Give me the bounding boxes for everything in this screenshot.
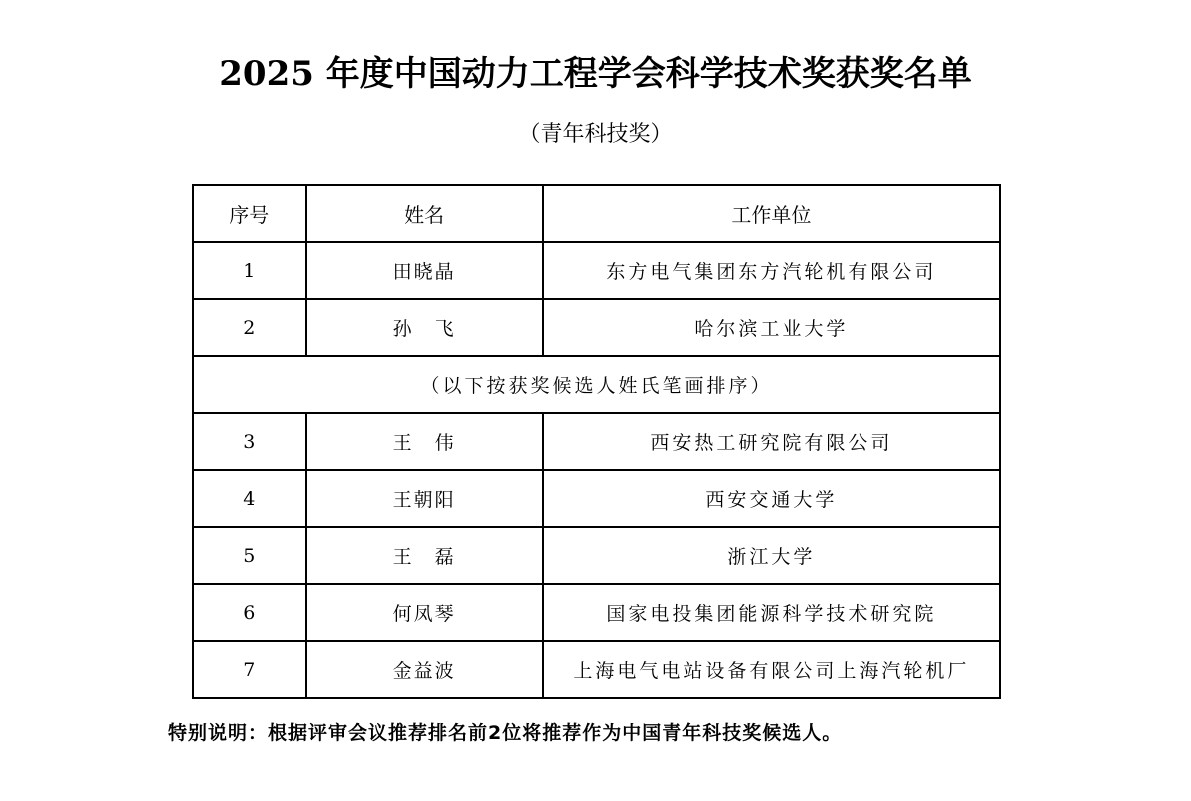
row-no: 6 (193, 584, 306, 641)
table-row: 2 孙 飞 哈尔滨工业大学 (193, 299, 1000, 356)
document-title: 2025 年度中国动力工程学会科学技术奖获奖名单 (0, 46, 1191, 95)
row-name: 金益波 (306, 641, 543, 698)
row-unit: 西安热工研究院有限公司 (543, 413, 1000, 470)
table-header-row: 序号 姓名 工作单位 (193, 185, 1000, 242)
table-note-row: （以下按获奖候选人姓氏笔画排序） (193, 356, 1000, 413)
header-name: 姓名 (306, 185, 543, 242)
row-unit: 浙江大学 (543, 527, 1000, 584)
row-unit: 哈尔滨工业大学 (543, 299, 1000, 356)
row-name: 孙 飞 (306, 299, 543, 356)
row-no: 5 (193, 527, 306, 584)
row-no: 4 (193, 470, 306, 527)
row-unit: 西安交通大学 (543, 470, 1000, 527)
row-no: 2 (193, 299, 306, 356)
header-unit: 工作单位 (543, 185, 1000, 242)
row-no: 1 (193, 242, 306, 299)
row-name: 王 磊 (306, 527, 543, 584)
row-name: 何凤琴 (306, 584, 543, 641)
document-subtitle: （青年科技奖） (0, 117, 1191, 148)
award-table: 序号 姓名 工作单位 1 田晓晶 东方电气集团东方汽轮机有限公司 2 孙 飞 哈… (192, 184, 1001, 699)
row-unit: 东方电气集团东方汽轮机有限公司 (543, 242, 1000, 299)
row-no: 3 (193, 413, 306, 470)
ordering-note: （以下按获奖候选人姓氏笔画排序） (193, 356, 1000, 413)
row-unit: 国家电投集团能源科学技术研究院 (543, 584, 1000, 641)
row-name: 王 伟 (306, 413, 543, 470)
table-row: 7 金益波 上海电气电站设备有限公司上海汽轮机厂 (193, 641, 1000, 698)
table-row: 6 何凤琴 国家电投集团能源科学技术研究院 (193, 584, 1000, 641)
special-note: 特别说明：根据评审会议推荐排名前2位将推荐作为中国青年科技奖候选人。 (168, 718, 842, 745)
row-unit: 上海电气电站设备有限公司上海汽轮机厂 (543, 641, 1000, 698)
table-row: 3 王 伟 西安热工研究院有限公司 (193, 413, 1000, 470)
table-row: 4 王朝阳 西安交通大学 (193, 470, 1000, 527)
row-name: 田晓晶 (306, 242, 543, 299)
table-row: 5 王 磊 浙江大学 (193, 527, 1000, 584)
table-row: 1 田晓晶 东方电气集团东方汽轮机有限公司 (193, 242, 1000, 299)
row-name: 王朝阳 (306, 470, 543, 527)
row-no: 7 (193, 641, 306, 698)
header-no: 序号 (193, 185, 306, 242)
